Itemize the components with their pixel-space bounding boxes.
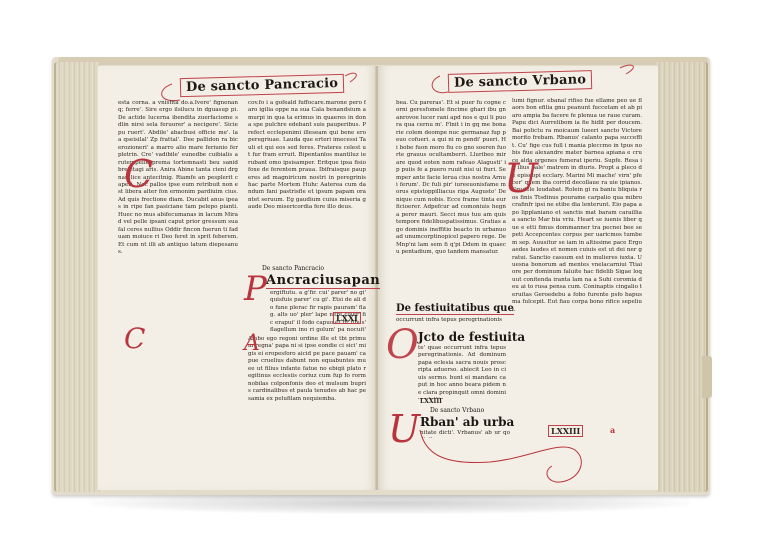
initial-p-pancracius: P <box>244 270 267 308</box>
left-page-column-2-upper: cov.fo i a gofeald fuffocare.marone pero… <box>248 100 366 262</box>
initial-a-left-col2: A <box>244 325 260 363</box>
right-page-column-1: bea. Cu pareras'. Et si puer fu cogne co… <box>396 100 506 300</box>
book-shadow <box>90 492 690 514</box>
right-page-column-2: lumi fignur. ebanal rifiso fue ellame pe… <box>512 98 642 423</box>
initial-u-right-col2: U <box>504 160 538 198</box>
left-col2-text: cov.fo i a gofeald fuffocare.marone pero… <box>248 100 366 210</box>
left-folio-number: LXXI <box>333 312 361 324</box>
right-signature-mark: a <box>610 425 615 435</box>
right-folio-number: LXXIII <box>548 425 583 437</box>
right-head-flourish <box>420 62 650 102</box>
left-page-column-1: esta corna. a vnisfita do.a.Ivere' figne… <box>118 100 238 433</box>
festivitatibus-heading: De festiuitatibus que <box>396 303 514 315</box>
right-page-block-edge <box>656 62 708 492</box>
festivitate-text: te' quae occurrunt infra tepus peregrina… <box>418 345 506 399</box>
initial-o-festivitate: O <box>386 326 419 364</box>
initial-c-left-col1: C <box>124 155 153 193</box>
pancracius-heading: Ancraciusapan <box>266 273 380 289</box>
left-page-column-2-lower: Ambo ego regoni ordine ille et tbi primu… <box>248 336 366 432</box>
initial-d-left-col1: C <box>124 320 145 358</box>
left-page-block-edge <box>54 62 100 492</box>
festivitate-heading: Jcto de festiuita <box>418 330 525 344</box>
page-tab-marker <box>702 356 712 398</box>
left-subheading-small: De sancto Pancracio <box>262 265 324 272</box>
